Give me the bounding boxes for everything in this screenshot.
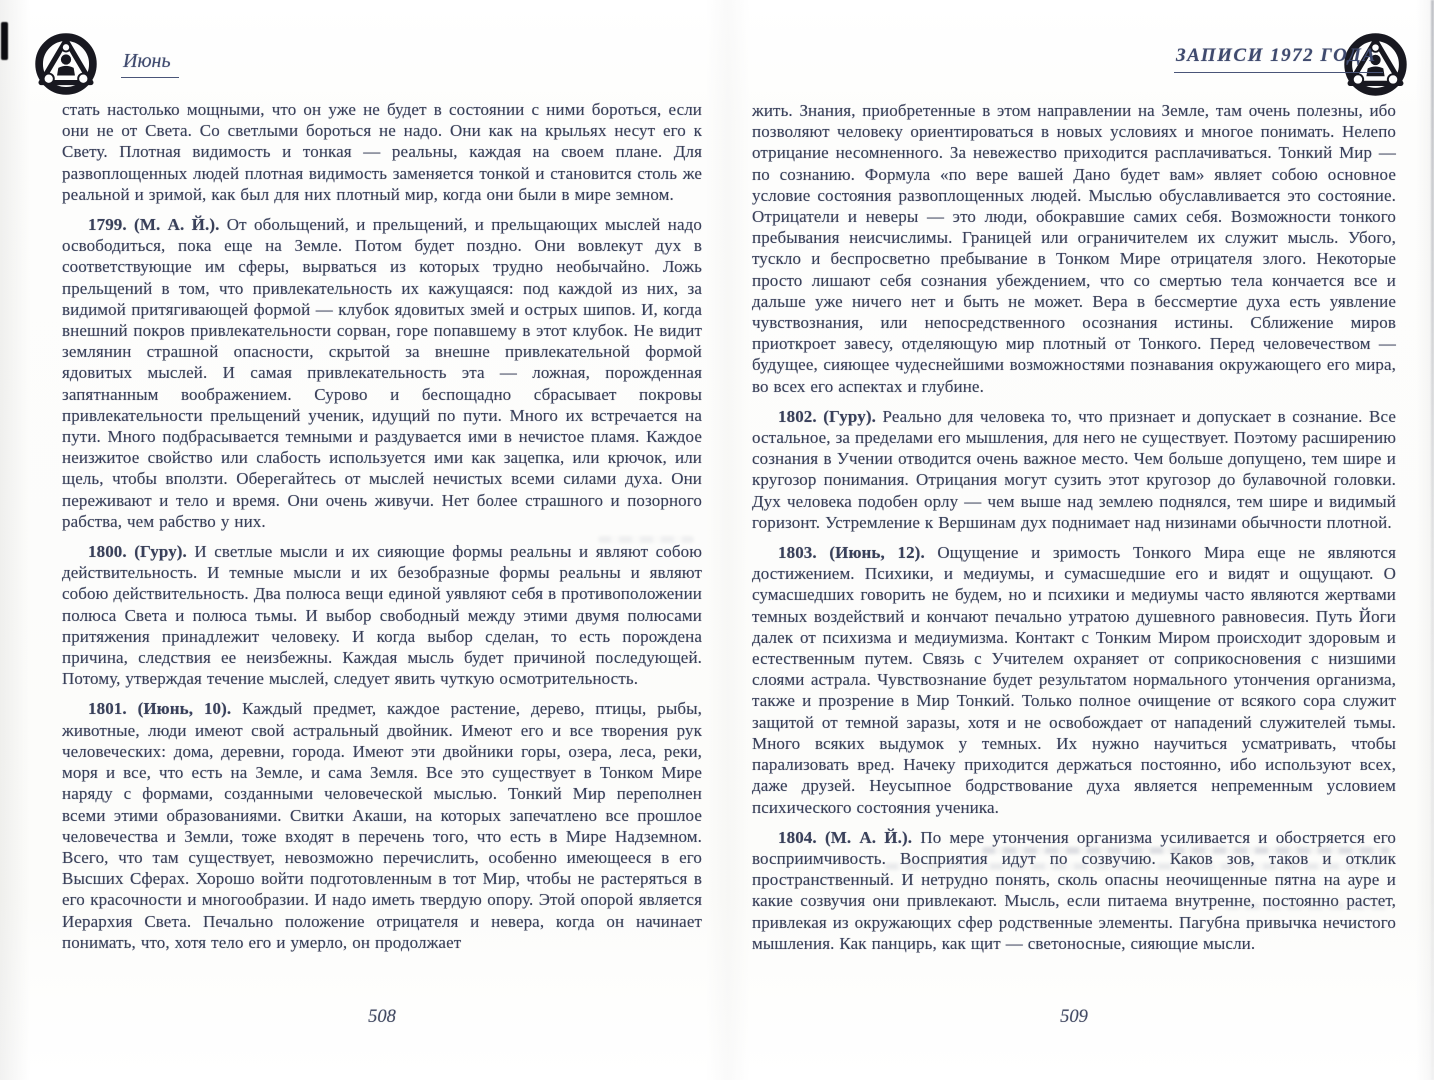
page-gutter-shadow [706,0,750,1080]
bleed-through-smudge [982,847,1390,854]
page-number-right: 509 [754,1007,1394,1028]
scan-edge-artifact [1,22,8,60]
right-page-text: жить. Знания, приобретенные в этом напра… [752,100,1396,963]
entry-number: 1799. (М. А. Й.). [88,215,219,234]
left-page-text: стать настолько мощными, что он уже не б… [62,99,702,962]
bleed-through-smudge [1225,903,1390,910]
paragraph-continuation: стать настолько мощными, что он уже не б… [62,99,702,205]
bleed-through-smudge [598,536,694,543]
entry-text: Ощущение и зримость Тонкого Мира еще не … [752,543,1396,816]
entry-number: 1800. (Гуру). [88,542,187,561]
publisher-emblem-icon [34,32,98,96]
entry-1804: 1804. (М. А. Й.). По мере утончения орга… [752,827,1396,954]
book-scan: Июнь ЗАПИСИ 1972 ГОДА стать настолько мо… [0,0,1434,1080]
entry-1802: 1802. (Гуру). Реально для человека то, ч… [752,406,1396,533]
entry-number: 1801. (Июнь, 10). [88,699,231,718]
entry-number: 1802. (Гуру). [778,407,876,426]
entry-number: 1803. (Июнь, 12). [778,543,925,562]
running-head-right: ЗАПИСИ 1972 ГОДА [1174,45,1383,73]
entry-text: И светлые мысли и их сияющие формы реаль… [62,542,702,688]
bleed-through-smudge [885,863,1390,870]
entry-1803: 1803. (Июнь, 12). Ощущение и зримость То… [752,542,1396,818]
page-number-left: 508 [62,1007,702,1028]
entry-1799: 1799. (М. А. Й.). От обольщений, и прель… [62,214,702,532]
paragraph-continuation: жить. Знания, приобретенные в этом напра… [752,100,1396,397]
entry-1801: 1801. (Июнь, 10). Каждый предмет, каждое… [62,698,702,952]
entry-number: 1804. (М. А. Й.). [778,828,912,847]
entry-1800: 1800. (Гуру). И светлые мысли и их сияющ… [62,541,702,689]
running-head-left: Июнь [121,50,179,78]
entry-text: От обольщений, и прельщений, и прельщающ… [62,215,702,531]
entry-text: Каждый предмет, каждое растение, дерево,… [62,699,702,951]
